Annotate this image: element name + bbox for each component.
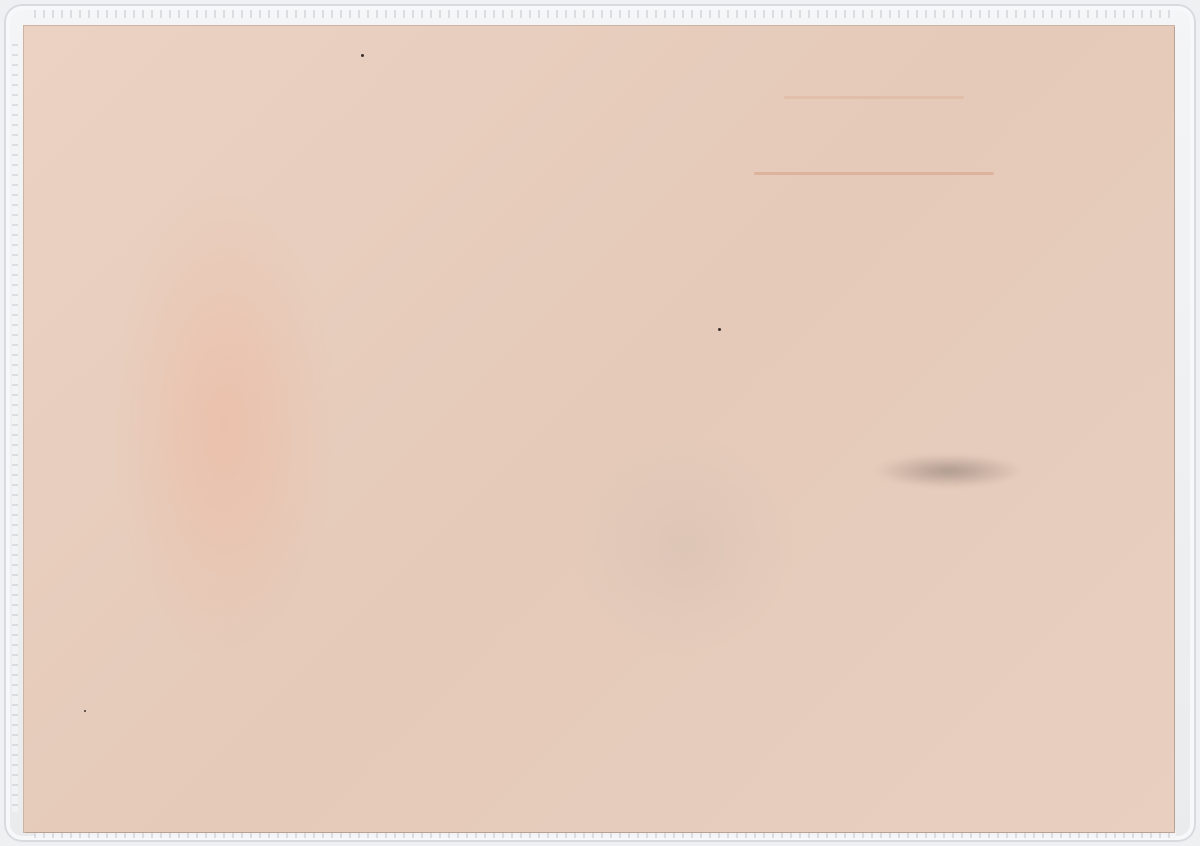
speck [718, 328, 721, 331]
sleeve-left-edge [12, 44, 18, 812]
ink-smudge [874, 454, 1024, 488]
speck [361, 54, 364, 57]
speck [84, 710, 86, 712]
faint-show-through-line [784, 96, 964, 99]
sleeve-top-edge [34, 10, 1176, 18]
faint-show-through-line [754, 172, 994, 175]
postcard-back [24, 26, 1174, 832]
